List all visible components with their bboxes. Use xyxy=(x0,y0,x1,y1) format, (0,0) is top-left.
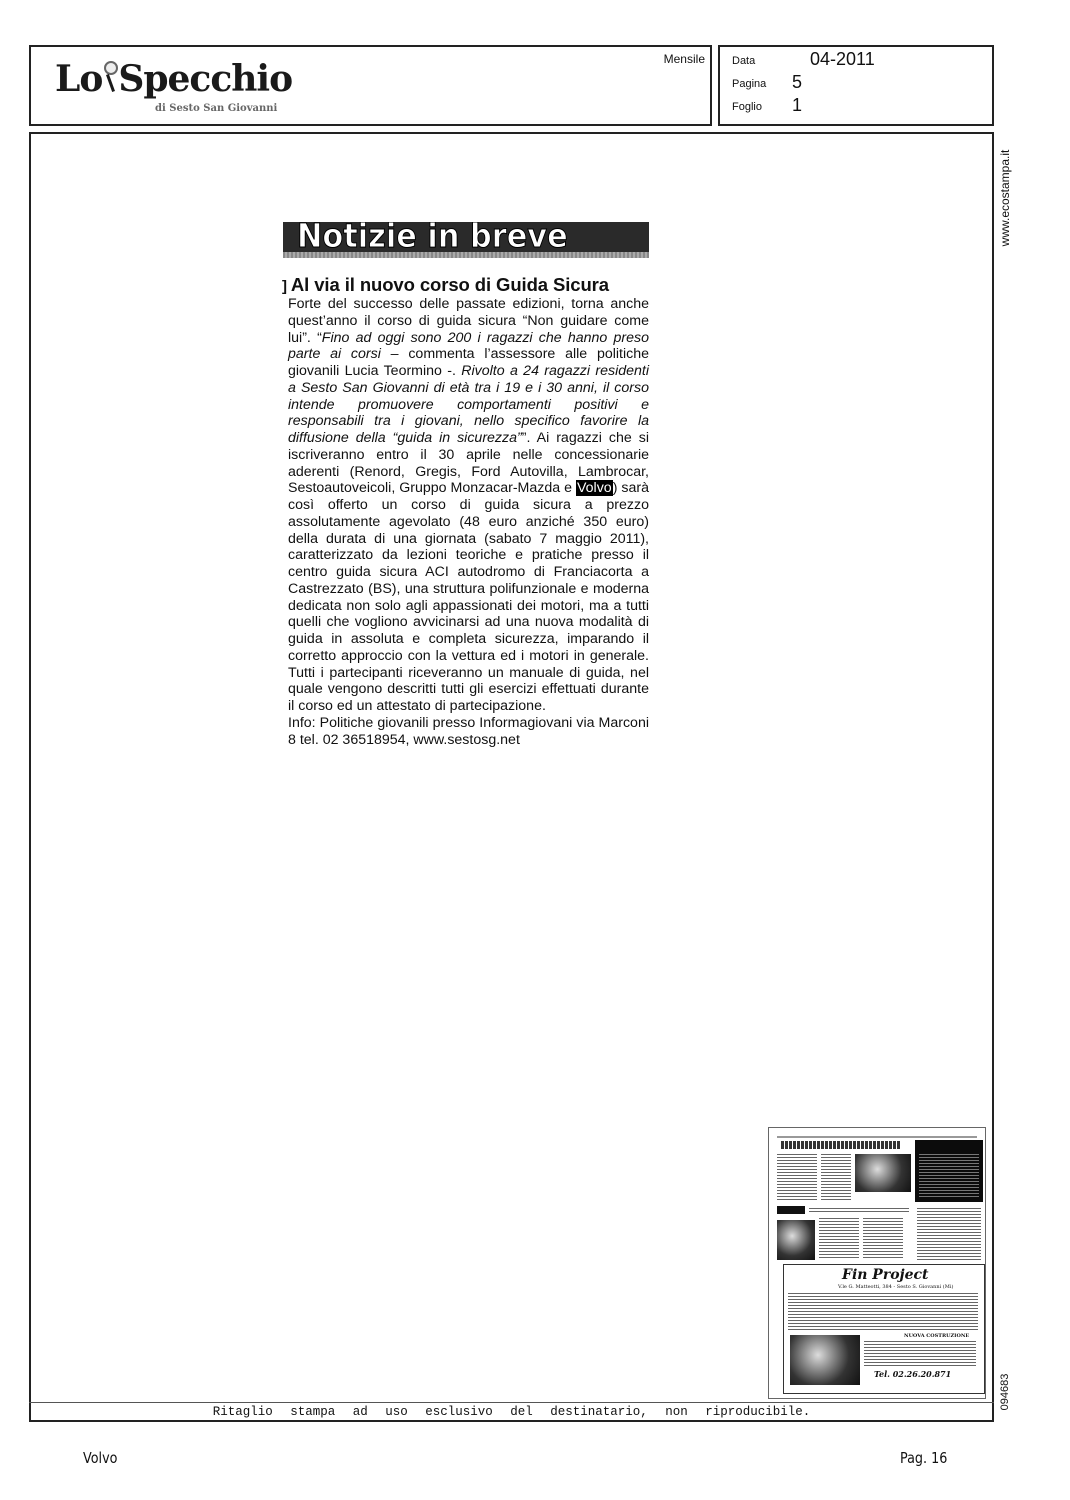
ad-text xyxy=(864,1341,976,1367)
article-body: Forte del successo delle passate edizion… xyxy=(288,296,649,748)
article-headline: ]Al via il nuovo corso di Guida Sicura xyxy=(282,274,609,296)
side-code: 094683 xyxy=(997,1368,1013,1416)
usage-notice: Ritaglio stampa ad uso esclusivo del des… xyxy=(29,1405,994,1419)
thumb-rule xyxy=(777,1136,977,1138)
ad-title: Fin Project xyxy=(842,1267,929,1283)
logo-text-specchio: Specchio xyxy=(118,58,292,100)
ad-section-title: NUOVA COSTRUZIONE xyxy=(904,1333,969,1339)
thumb-column xyxy=(819,1218,859,1260)
thumb-black-box xyxy=(915,1140,983,1202)
thumb-photo xyxy=(777,1220,815,1260)
thumb-column xyxy=(917,1208,981,1260)
thumb-headline xyxy=(809,1208,909,1214)
newspaper-logo: LoSpecchio xyxy=(55,59,292,99)
ad-photo xyxy=(790,1335,860,1385)
thumb-headline xyxy=(781,1141,901,1149)
headline-text: Al via il nuovo corso di Guida Sicura xyxy=(291,274,609,295)
masthead-box: LoSpecchio di Sesto San Giovanni Mensile xyxy=(29,45,712,126)
side-code-text: 094683 xyxy=(999,1374,1011,1411)
page-thumbnail: Fin Project V.le G. Matteotti, 384 - Ses… xyxy=(768,1127,986,1399)
section-banner: Notizie in breve xyxy=(283,222,649,258)
ad-listings xyxy=(788,1293,978,1331)
side-url: www.ecostampa.it xyxy=(997,140,1013,255)
magnifier-icon xyxy=(103,59,117,89)
footer-page-number: Pag. 16 xyxy=(900,1449,947,1467)
thumb-label xyxy=(777,1206,805,1214)
thumb-advertisement: Fin Project V.le G. Matteotti, 384 - Ses… xyxy=(783,1264,985,1394)
thumb-column xyxy=(777,1154,817,1202)
ad-phone: Tel. 02.26.20.871 xyxy=(874,1369,951,1379)
foglio-label: Foglio xyxy=(732,101,762,113)
footer-keyword: Volvo xyxy=(83,1449,117,1467)
thumb-column xyxy=(863,1218,903,1260)
thumb-photo xyxy=(855,1154,911,1192)
side-url-text: www.ecostampa.it xyxy=(998,149,1012,246)
text-run: ) sarà così offerto un corso di guida si… xyxy=(288,480,649,714)
bracket-bullet-icon: ] xyxy=(282,278,287,295)
pagina-label: Pagina xyxy=(732,78,766,90)
data-value: 04-2011 xyxy=(810,49,875,70)
logo-text-lo: Lo xyxy=(55,58,102,100)
article-info: Info: Politiche giovanili presso Informa… xyxy=(288,715,649,749)
frequency-label: Mensile xyxy=(664,52,705,66)
pagina-value: 5 xyxy=(792,72,802,93)
ad-subtitle: V.le G. Matteotti, 384 - Sesto S. Giovan… xyxy=(838,1284,953,1290)
footer-divider xyxy=(29,1402,994,1403)
keyword-highlight: Volvo xyxy=(576,480,613,496)
thumb-column xyxy=(821,1154,851,1202)
publication-meta-box: Data 04-2011 Pagina 5 Foglio 1 xyxy=(718,45,994,126)
foglio-value: 1 xyxy=(792,95,802,116)
section-banner-text: Notizie in breve xyxy=(297,222,568,255)
logo-subtitle: di Sesto San Giovanni xyxy=(155,103,277,114)
article-paragraph: Forte del successo delle passate edizion… xyxy=(288,296,649,715)
data-label: Data xyxy=(732,55,755,67)
